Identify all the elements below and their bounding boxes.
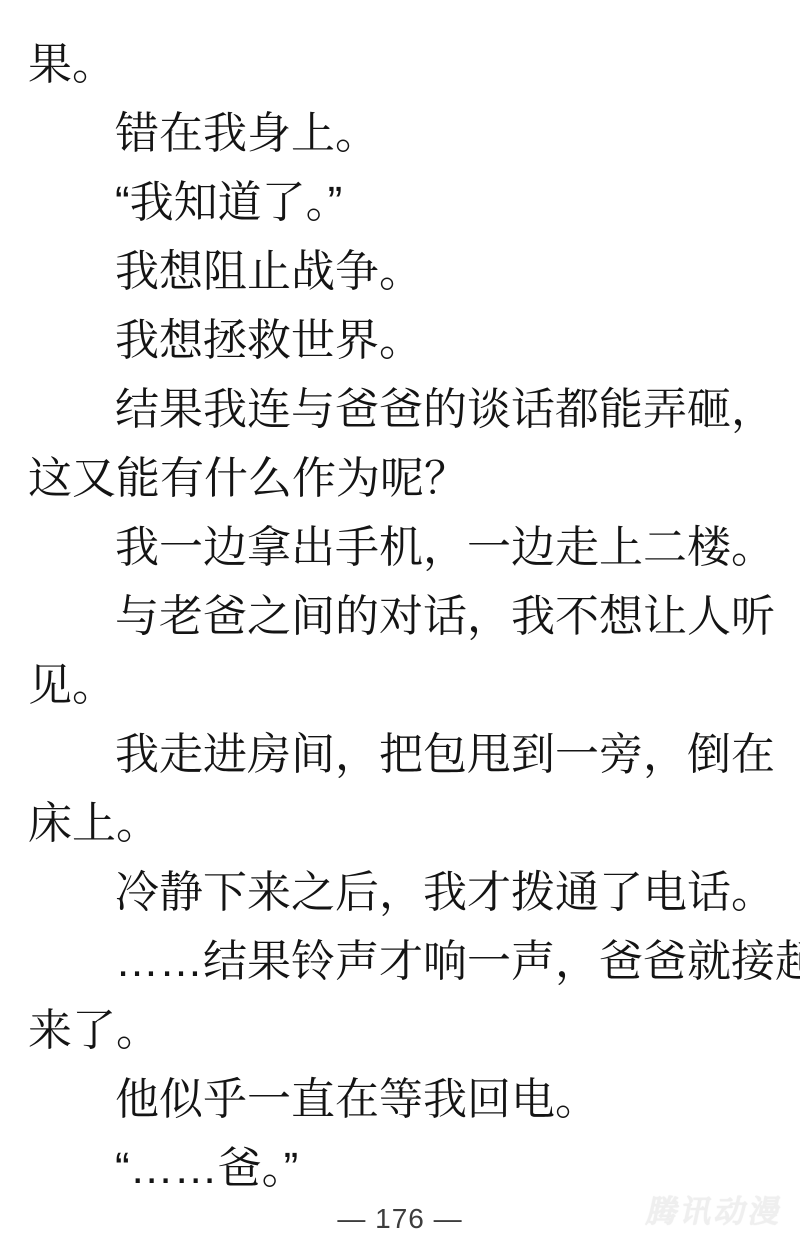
text-lines: 果。错在我身上。“我知道了。”我想阻止战争。我想拯救世界。结果我连与爸爸的谈话都… xyxy=(28,30,800,1203)
text-line: 我想拯救世界。 xyxy=(28,306,800,375)
text-line: 与老爸之间的对话，我不想让人听 xyxy=(28,582,800,651)
text-line: “我知道了。” xyxy=(28,168,800,237)
text-line: 他似乎一直在等我回电。 xyxy=(28,1065,800,1134)
text-line: 我想阻止战争。 xyxy=(28,237,800,306)
text-line: 床上。 xyxy=(28,789,800,858)
text-line: 错在我身上。 xyxy=(28,99,800,168)
text-line: 这又能有什么作为呢？ xyxy=(28,444,800,513)
text-line: 来了。 xyxy=(28,996,800,1065)
text-line: 冷静下来之后，我才拨通了电话。 xyxy=(28,858,800,927)
text-line: ……结果铃声才响一声，爸爸就接起 xyxy=(28,927,800,996)
text-line: 我走进房间，把包甩到一旁，倒在 xyxy=(28,720,800,789)
novel-page: 果。错在我身上。“我知道了。”我想阻止战争。我想拯救世界。结果我连与爸爸的谈话都… xyxy=(0,0,800,1245)
text-line: 结果我连与爸爸的谈话都能弄砸， xyxy=(28,375,800,444)
text-line: 果。 xyxy=(28,30,800,99)
text-line: 见。 xyxy=(28,651,800,720)
tencent-comics-watermark: 腾讯动漫 xyxy=(643,1186,789,1231)
text-line: 我一边拿出手机，一边走上二楼。 xyxy=(28,513,800,582)
